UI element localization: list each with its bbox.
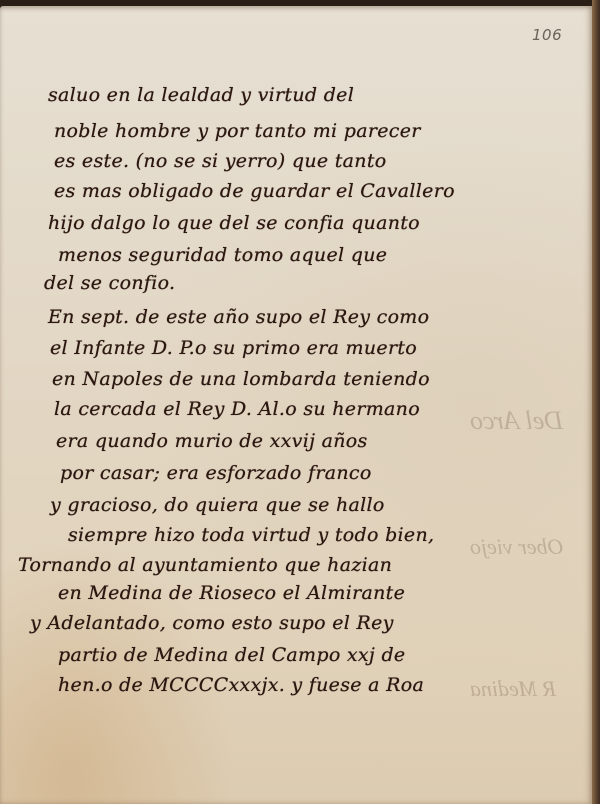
text-line: el Infante D. P.o su primo era muerto bbox=[50, 337, 417, 359]
text-line: siempre hizo toda virtud y todo bien, bbox=[68, 524, 434, 546]
text-line: En sept. de este año supo el Rey como bbox=[48, 306, 429, 328]
text-line: por casar; era esforzado franco bbox=[60, 462, 372, 484]
text-line: hijo dalgo lo que del se confia quanto bbox=[48, 212, 420, 234]
text-line: noble hombre y por tanto mi parecer bbox=[54, 120, 421, 142]
manuscript-text: saluo en la lealdad y virtud del noble h… bbox=[0, 6, 600, 804]
text-line: en Medina de Rioseco el Almirante bbox=[58, 582, 405, 604]
text-line: partio de Medina del Campo xxj de bbox=[58, 644, 405, 666]
manuscript-page: 106 Del Arco Ober viejo R Medina saluo e… bbox=[0, 6, 592, 804]
text-line: en Napoles de una lombarda teniendo bbox=[52, 368, 430, 390]
text-line: y Adelantado, como esto supo el Rey bbox=[30, 612, 394, 634]
text-line: del se confio. bbox=[44, 272, 175, 294]
text-line: Tornando al ayuntamiento que hazian bbox=[18, 554, 392, 576]
text-line: es mas obligado de guardar el Cavallero bbox=[54, 180, 455, 202]
text-line: es este. (no se si yerro) que tanto bbox=[54, 150, 387, 172]
text-line: la cercada el Rey D. Al.o su hermano bbox=[54, 398, 420, 420]
text-line: hen.o de MCCCCxxxjx. y fuese a Roa bbox=[58, 674, 424, 696]
text-line: era quando murio de xxvij años bbox=[56, 430, 368, 452]
text-line: menos seguridad tomo aquel que bbox=[58, 244, 387, 266]
text-line: saluo en la lealdad y virtud del bbox=[48, 84, 354, 106]
text-line: y gracioso, do quiera que se hallo bbox=[50, 494, 385, 516]
